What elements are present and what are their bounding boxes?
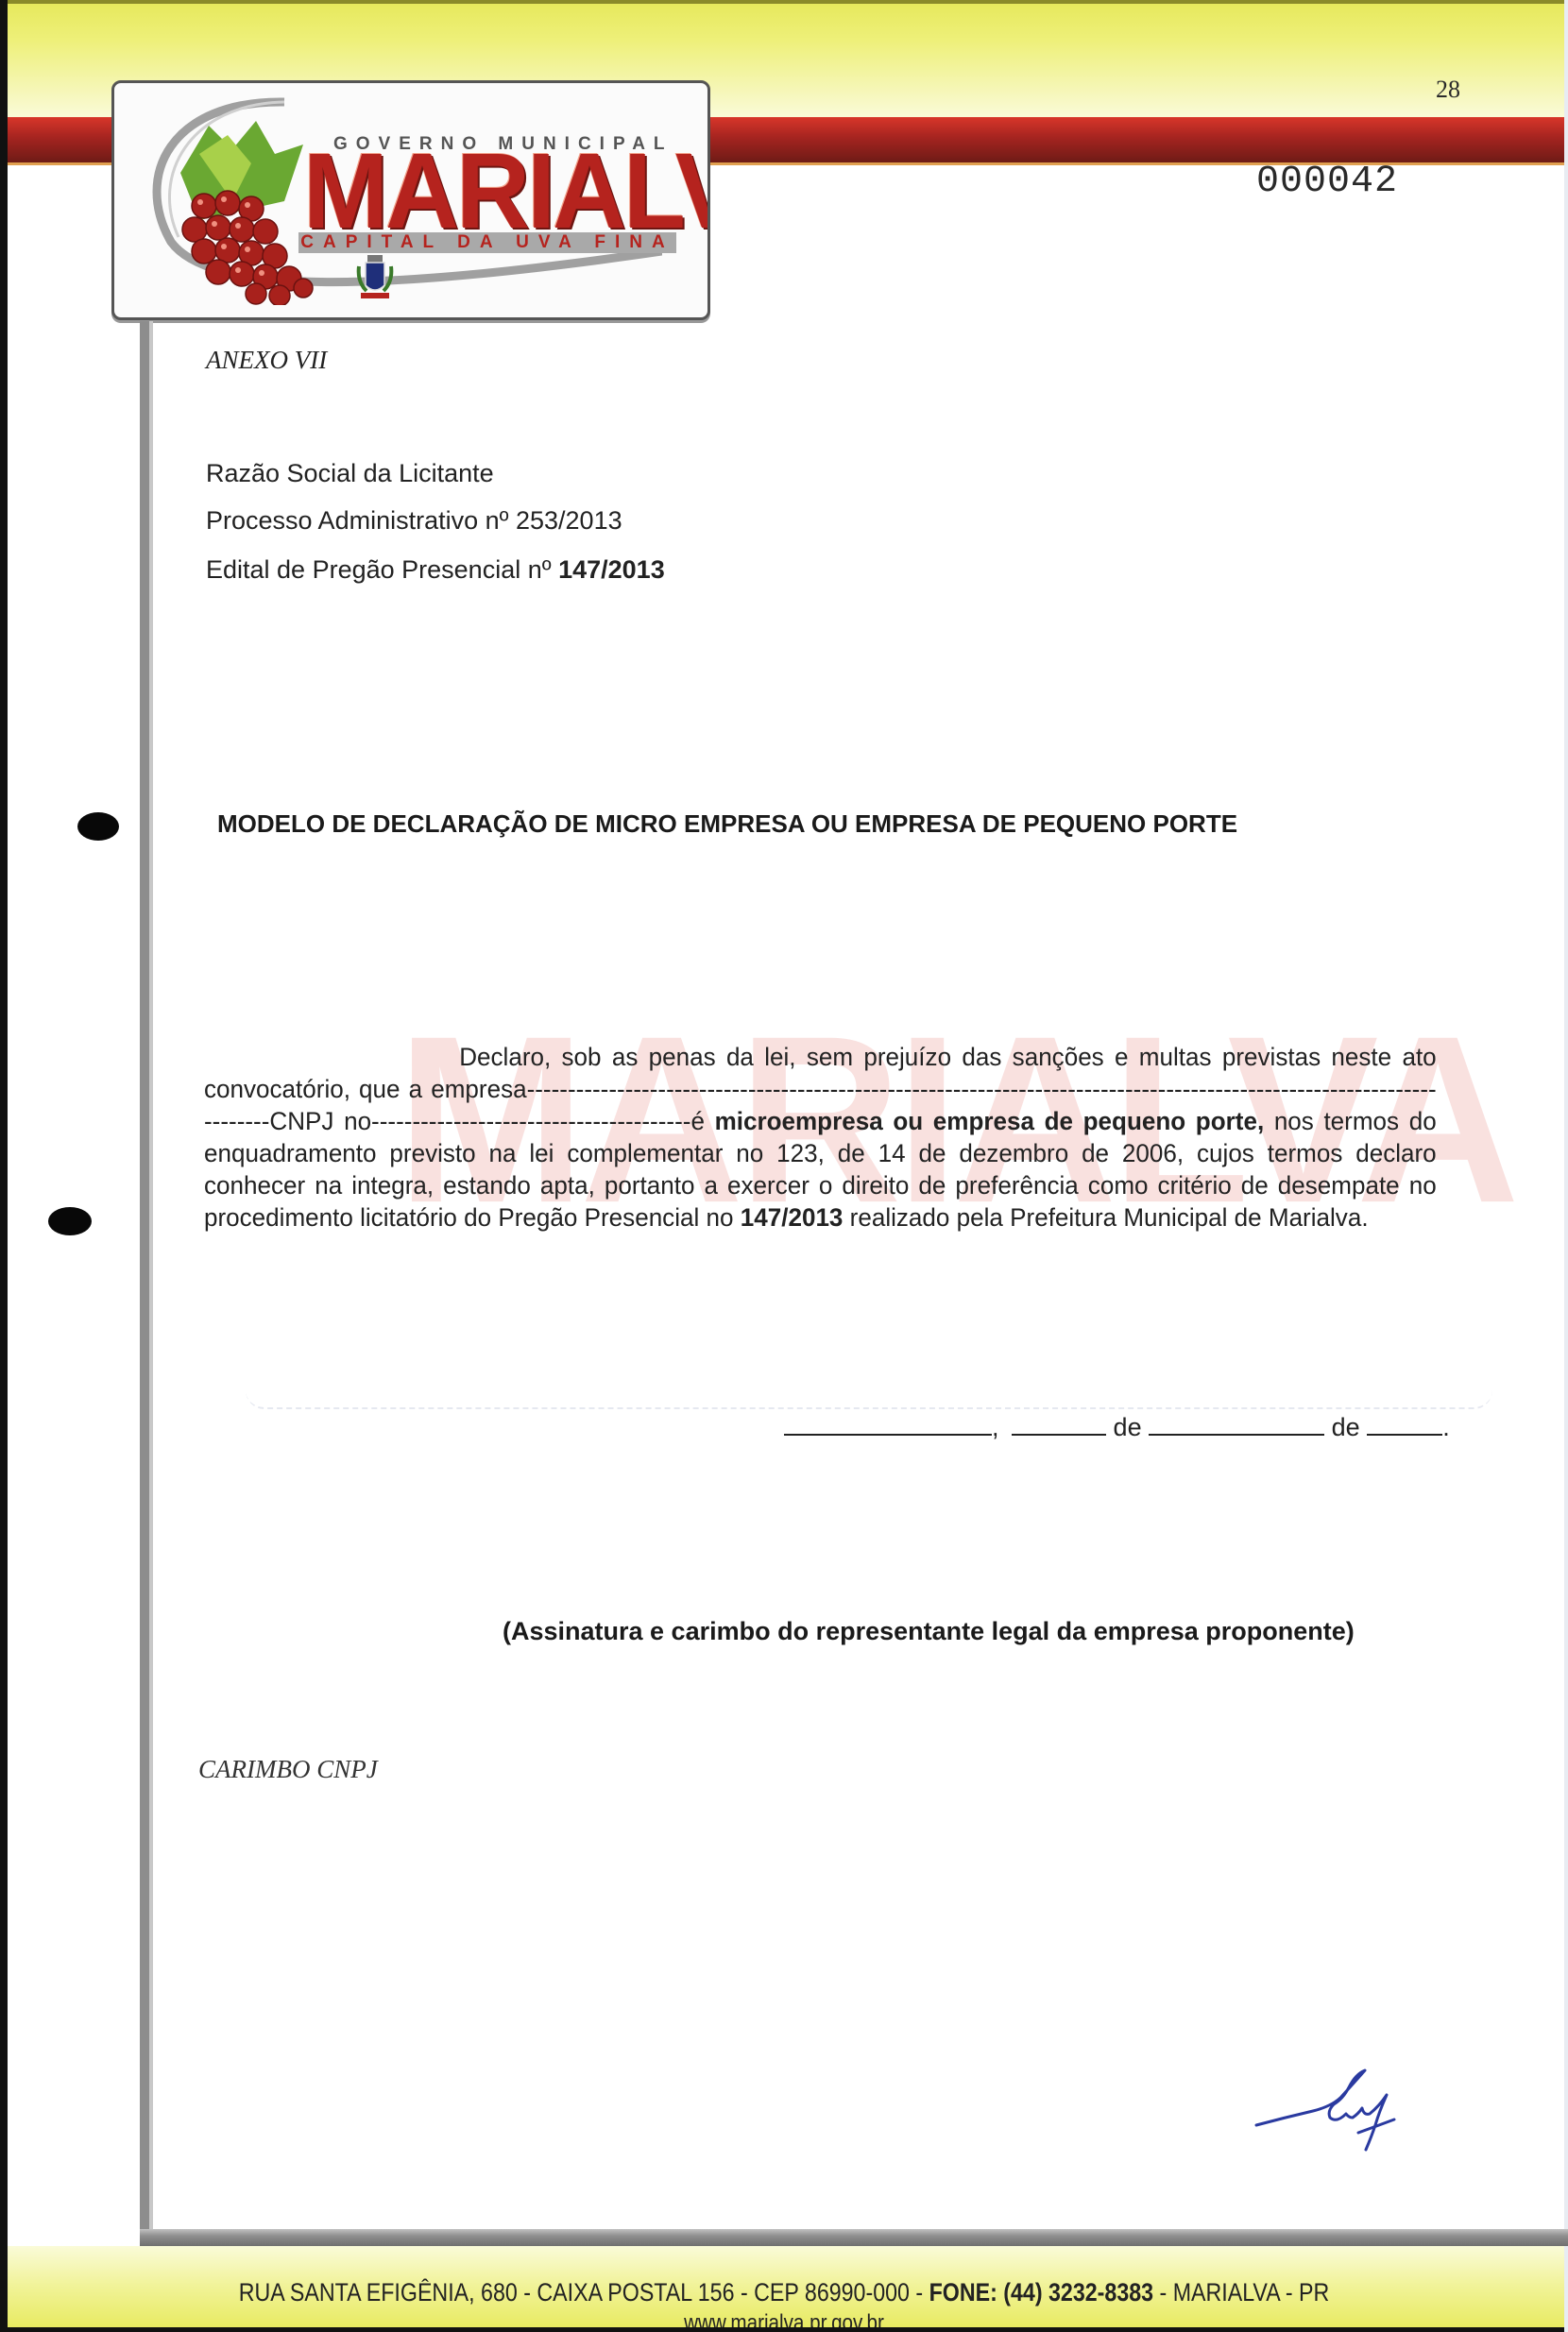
- cnpj-stamp-label: CARIMBO CNPJ: [198, 1755, 378, 1784]
- punch-hole: [48, 1207, 92, 1235]
- scan-edge-bottom: [8, 2327, 1564, 2332]
- scan-edge: [0, 0, 8, 2332]
- grape-bunch-icon: [143, 116, 322, 305]
- year-blank[interactable]: [1367, 1415, 1442, 1436]
- annex-title: ANEXO VII: [206, 346, 327, 375]
- page-frame-bottom: [140, 2229, 1568, 2246]
- date-period: .: [1442, 1413, 1450, 1441]
- page-number: 28: [1436, 76, 1460, 104]
- edital-number: 147/2013: [558, 555, 665, 584]
- signature-icon: [1247, 2059, 1436, 2191]
- declaration-text-3: realizado pela Prefeitura Municipal de M…: [843, 1203, 1368, 1232]
- declaration-paragraph: Declaro, sob as penas da lei, sem prejuí…: [204, 1041, 1437, 1234]
- edital-prefix: Edital de Pregão Presencial nº: [206, 555, 558, 584]
- document-heading: MODELO DE DECLARAÇÃO DE MICRO EMPRESA OU…: [217, 809, 1237, 839]
- footer-address-street: RUA SANTA EFIGÊNIA, 680 - CAIXA POSTAL 1…: [239, 2278, 929, 2306]
- date-de-2: de: [1332, 1413, 1360, 1441]
- date-comma: ,: [992, 1413, 999, 1441]
- company-name-label: Razão Social da Licitante: [206, 459, 494, 488]
- date-line: , de de .: [784, 1413, 1450, 1442]
- footer-address: RUA SANTA EFIGÊNIA, 680 - CAIXA POSTAL 1…: [110, 2278, 1458, 2307]
- declaration-bold-1: microempresa ou empresa de pequeno porte…: [715, 1107, 1265, 1135]
- edital-label: Edital de Pregão Presencial nº 147/2013: [206, 555, 665, 585]
- process-number-label: Processo Administrativo nº 253/2013: [206, 506, 622, 536]
- logo-tagline: CAPITAL DA UVA FINA: [298, 232, 676, 253]
- stamp-number: 000042: [1256, 161, 1398, 203]
- footer-address-city: - MARIALVA - PR: [1153, 2278, 1329, 2306]
- city-blank[interactable]: [784, 1415, 992, 1436]
- day-blank[interactable]: [1012, 1415, 1106, 1436]
- header-top-line: [8, 0, 1564, 4]
- signature-caption: (Assinatura e carimbo do representante l…: [503, 1617, 1355, 1646]
- municipal-logo: GOVERNO MUNICIPAL MARIALVA CAPITAL DA UV…: [111, 80, 710, 320]
- month-blank[interactable]: [1149, 1415, 1324, 1436]
- declaration-bold-2: 147/2013: [741, 1203, 844, 1232]
- punch-hole: [77, 812, 119, 841]
- date-de-1: de: [1114, 1413, 1142, 1441]
- coat-of-arms-icon: [355, 253, 395, 304]
- footer-phone: FONE: (44) 3232-8383: [929, 2278, 1153, 2306]
- logo-city-name: MARIALVA: [303, 137, 710, 244]
